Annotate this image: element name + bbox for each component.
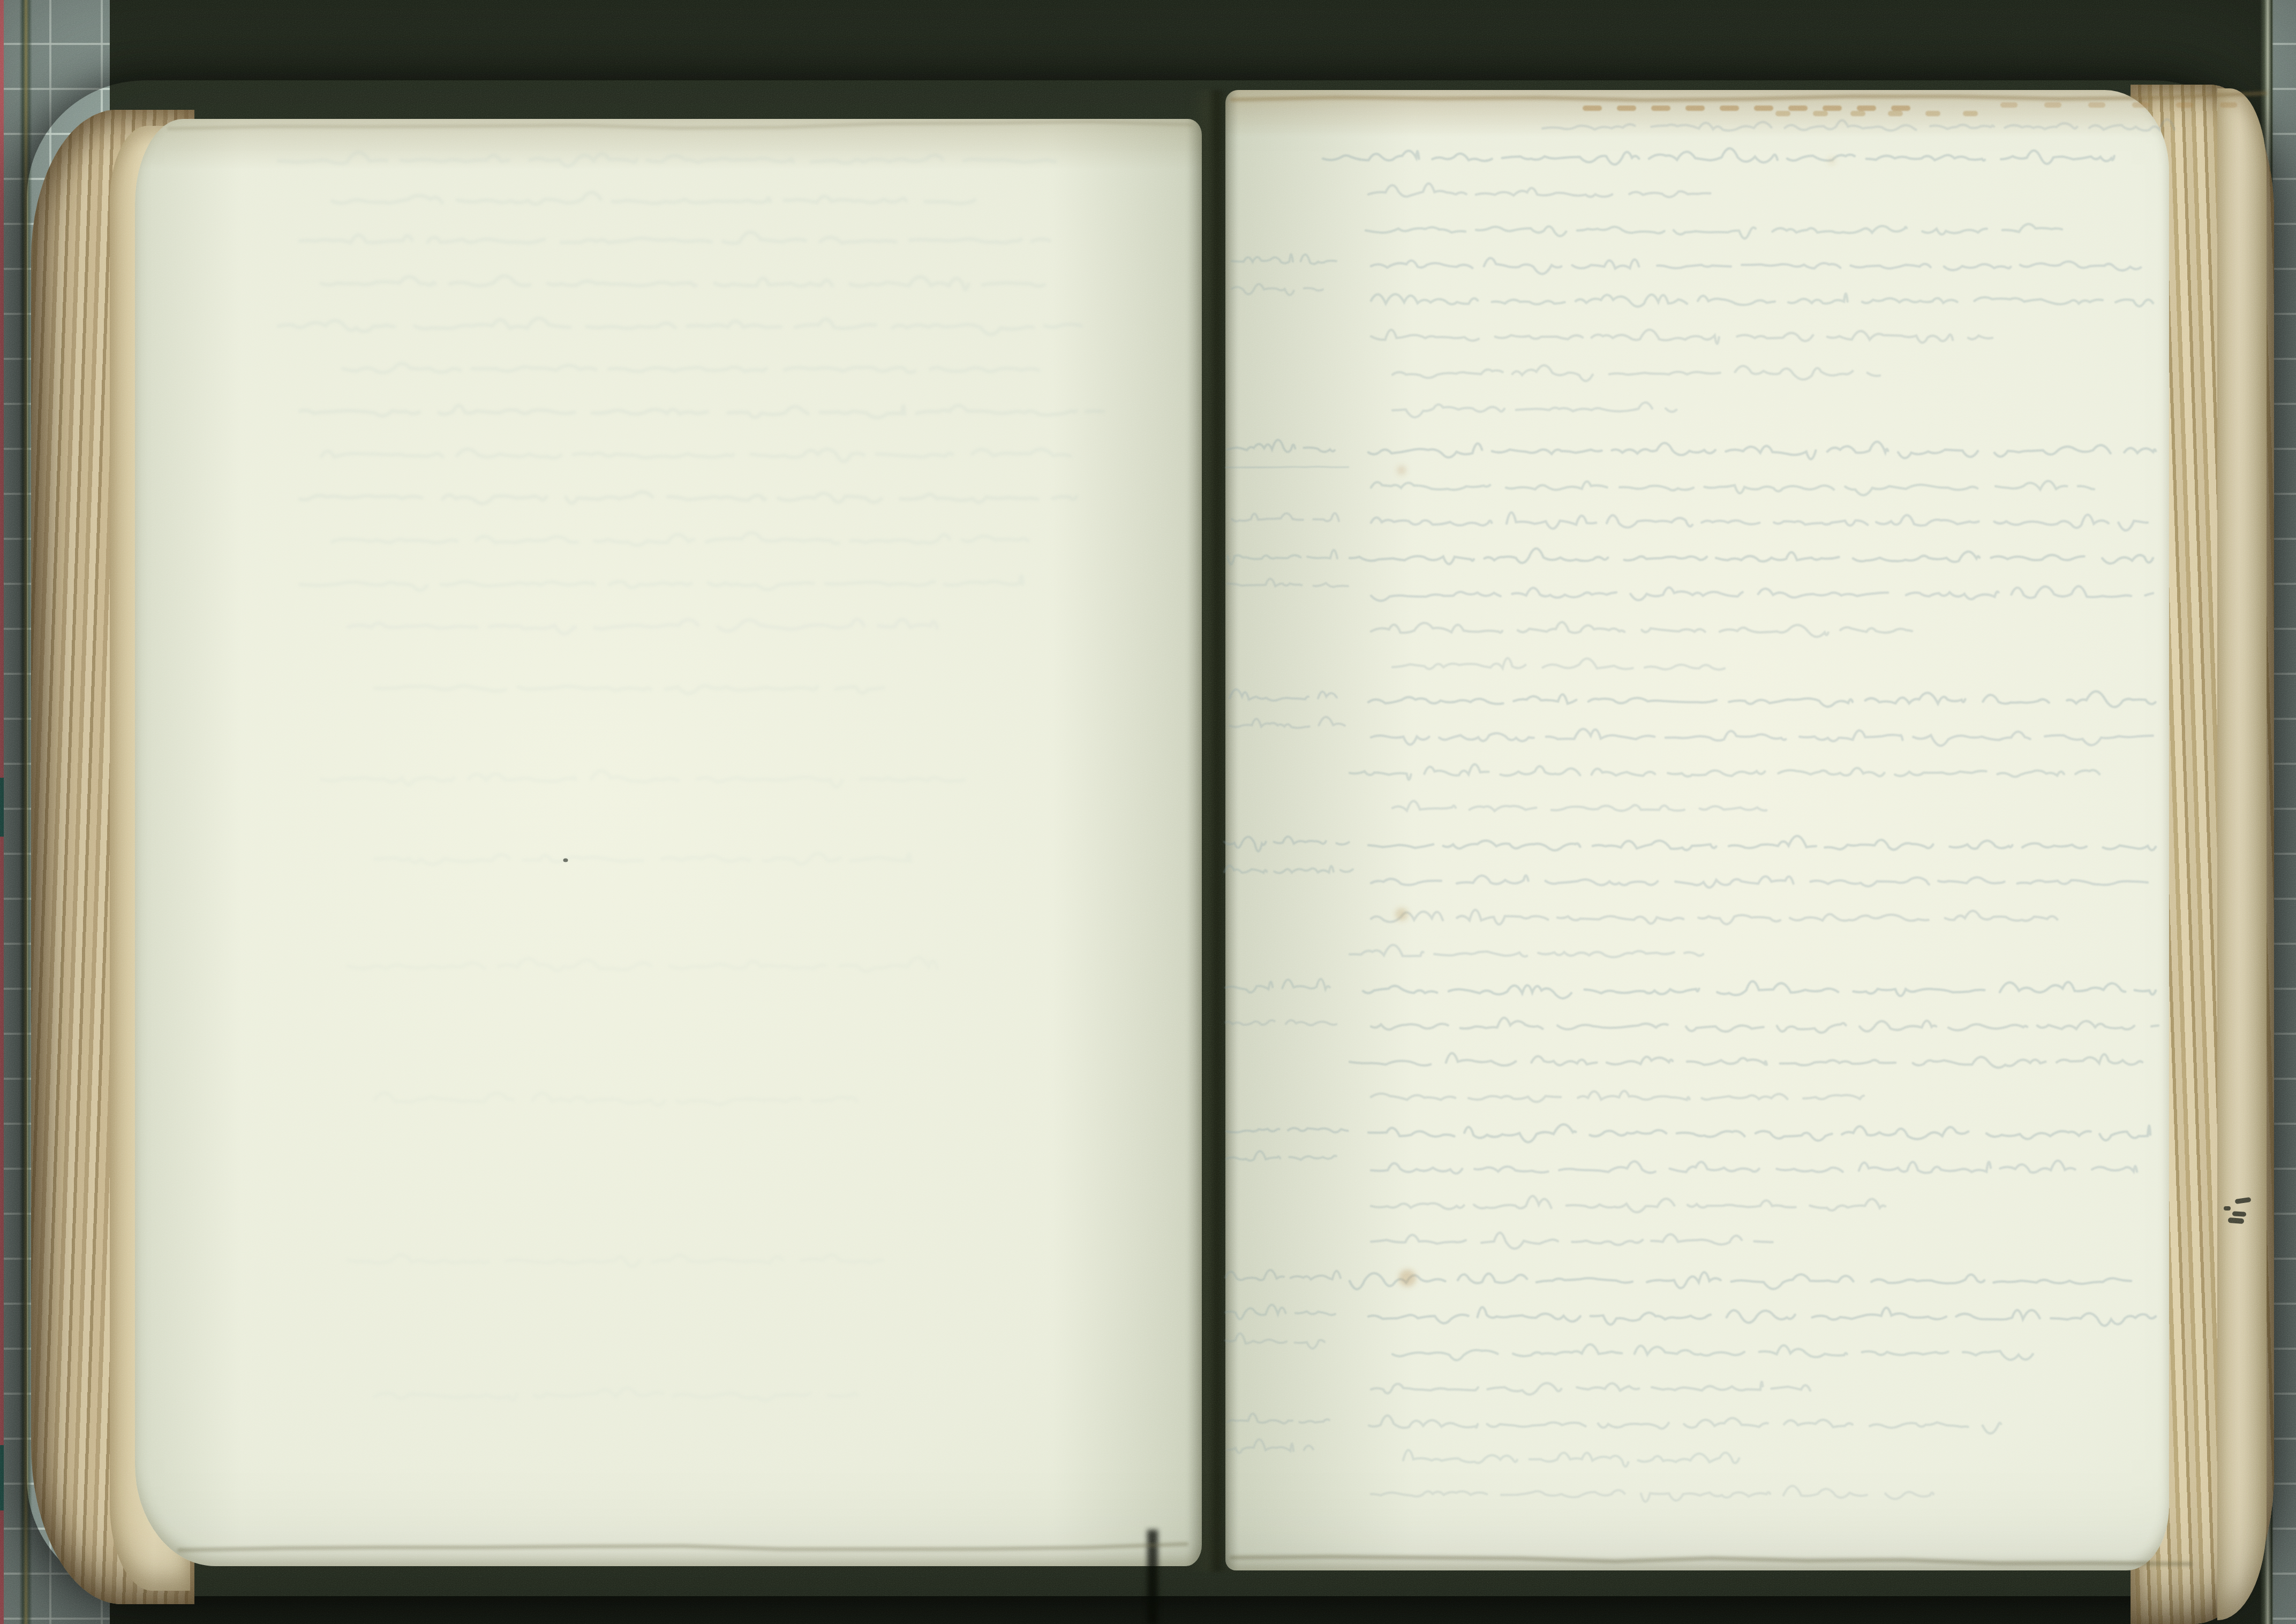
handwritten-line [321, 771, 964, 787]
handwritten-line [1371, 586, 2153, 600]
fore-edge-ink-mark [2232, 1211, 2246, 1216]
fore-edge-ink-mark [2224, 1206, 2231, 1211]
handwritten-line [1232, 93, 2265, 100]
handwritten-line [1225, 1333, 1324, 1348]
handwritten-line [1323, 148, 2114, 164]
handwritten-line [1371, 258, 2141, 274]
handwritten-line [1228, 578, 1348, 587]
handwritten-line [1368, 1307, 2156, 1326]
handwritten-line [348, 1254, 883, 1266]
handwritten-line [1371, 513, 2148, 530]
fore-edge-ink-marks [2224, 1197, 2251, 1224]
handwritten-line [278, 318, 1081, 334]
handwritten-line [1371, 910, 2057, 924]
stain-spots [1395, 157, 1835, 1287]
handwritten-line [1371, 1091, 1864, 1102]
handwritten-line [348, 958, 937, 971]
handwritten-line [169, 122, 1192, 129]
handwritten-line [1224, 837, 1349, 852]
handwritten-line [1371, 1161, 2137, 1174]
handwritten-line [375, 1093, 857, 1105]
handwritten-line [1226, 1128, 1348, 1132]
photo-canvas [0, 0, 2296, 1624]
handwritten-line [1392, 801, 1766, 811]
handwritten-line [1232, 254, 1336, 264]
handwritten-line [1371, 1382, 1810, 1394]
handwritten-line [1392, 1344, 2033, 1360]
fore-edge-ink-mark [2228, 1217, 2245, 1224]
handwritten-line [1369, 1416, 2001, 1434]
handwritten-line [1228, 550, 1337, 565]
handwritten-line [300, 405, 1103, 418]
foxing-dash-rows [1585, 105, 2239, 114]
handwritten-line [1371, 330, 1992, 344]
handwritten-line [1368, 691, 2156, 707]
handwritten-line [1363, 981, 2156, 998]
handwritten-line [1225, 1270, 1341, 1280]
stain-spot [1828, 157, 1835, 164]
handwritten-line [1232, 513, 1339, 521]
handwritten-line [1228, 440, 1335, 452]
handwritten-line [179, 1544, 1186, 1550]
handwritten-line [300, 576, 1023, 590]
handwritten-line [1350, 548, 2153, 564]
handwritten-line [1371, 481, 2094, 495]
stain-spot [1395, 908, 1408, 921]
handwritten-line [375, 1388, 857, 1401]
handwritten-line [1230, 689, 1337, 701]
handwritten-line [1225, 1305, 1335, 1319]
handwritten-line [1371, 1486, 1933, 1501]
handwritten-line [1403, 1450, 1739, 1467]
handwritten-line [1225, 1020, 1336, 1025]
handwritten-line [1368, 442, 2156, 459]
handwritten-line [332, 192, 975, 204]
ghost-text-left-page [278, 152, 1103, 1400]
handwritten-line [1371, 1232, 1773, 1249]
handwritten-line [343, 363, 1038, 372]
handwritten-line [1368, 183, 1710, 197]
fore-edge-ink-mark [2235, 1197, 2252, 1204]
handwritten-line [1371, 875, 2148, 888]
handwritten-line [1226, 1151, 1336, 1161]
handwritten-line [300, 232, 1050, 243]
handwritten-line [1232, 284, 1323, 295]
handwritten-line [300, 492, 1077, 503]
handwritten-line [1350, 1272, 2131, 1289]
handwritten-line [1228, 1439, 1313, 1453]
handwritten-line [1228, 1414, 1329, 1423]
handwritten-line [1230, 717, 1345, 728]
handwritten-line [1371, 294, 2153, 306]
page-edge-accents [169, 93, 2265, 1564]
stain-spot [1397, 465, 1406, 475]
handwritten-line [321, 276, 1044, 290]
handwritten-line [1371, 729, 2153, 746]
handwritten-line [1350, 764, 2099, 780]
handwritten-line [348, 619, 937, 634]
handwritten-line [1392, 365, 1880, 381]
handwritten-line [1366, 224, 2062, 238]
handwritten-line [1350, 945, 1703, 957]
handwritten-line [1225, 467, 1349, 467]
handwritten-line [1224, 866, 1353, 873]
handwritten-line [1350, 1053, 2142, 1067]
handwritten-line [1371, 622, 1912, 636]
handwritten-line [1225, 979, 1330, 993]
handwritten-line [332, 532, 1028, 545]
paper-inclusion-specks [563, 859, 568, 862]
handwriting-right-page [1224, 119, 2174, 1502]
handwritten-line [1368, 1124, 2150, 1142]
handwritten-line [278, 152, 1055, 166]
handwritten-line [1232, 1557, 2190, 1563]
handwritten-line [1371, 1018, 2158, 1033]
handwritten-line [1392, 402, 1676, 417]
handwritten-line [1392, 658, 1725, 670]
handwritten-line [1371, 1196, 1885, 1212]
inclusion-speck [563, 859, 568, 862]
stain-spot [1399, 1269, 1416, 1287]
handwritten-line [375, 853, 910, 864]
handwritten-line [321, 449, 1071, 461]
handwritten-line [375, 686, 884, 694]
handwritten-line [1542, 119, 2174, 131]
ink-layer [0, 0, 2296, 1624]
handwritten-line [1368, 836, 2156, 851]
